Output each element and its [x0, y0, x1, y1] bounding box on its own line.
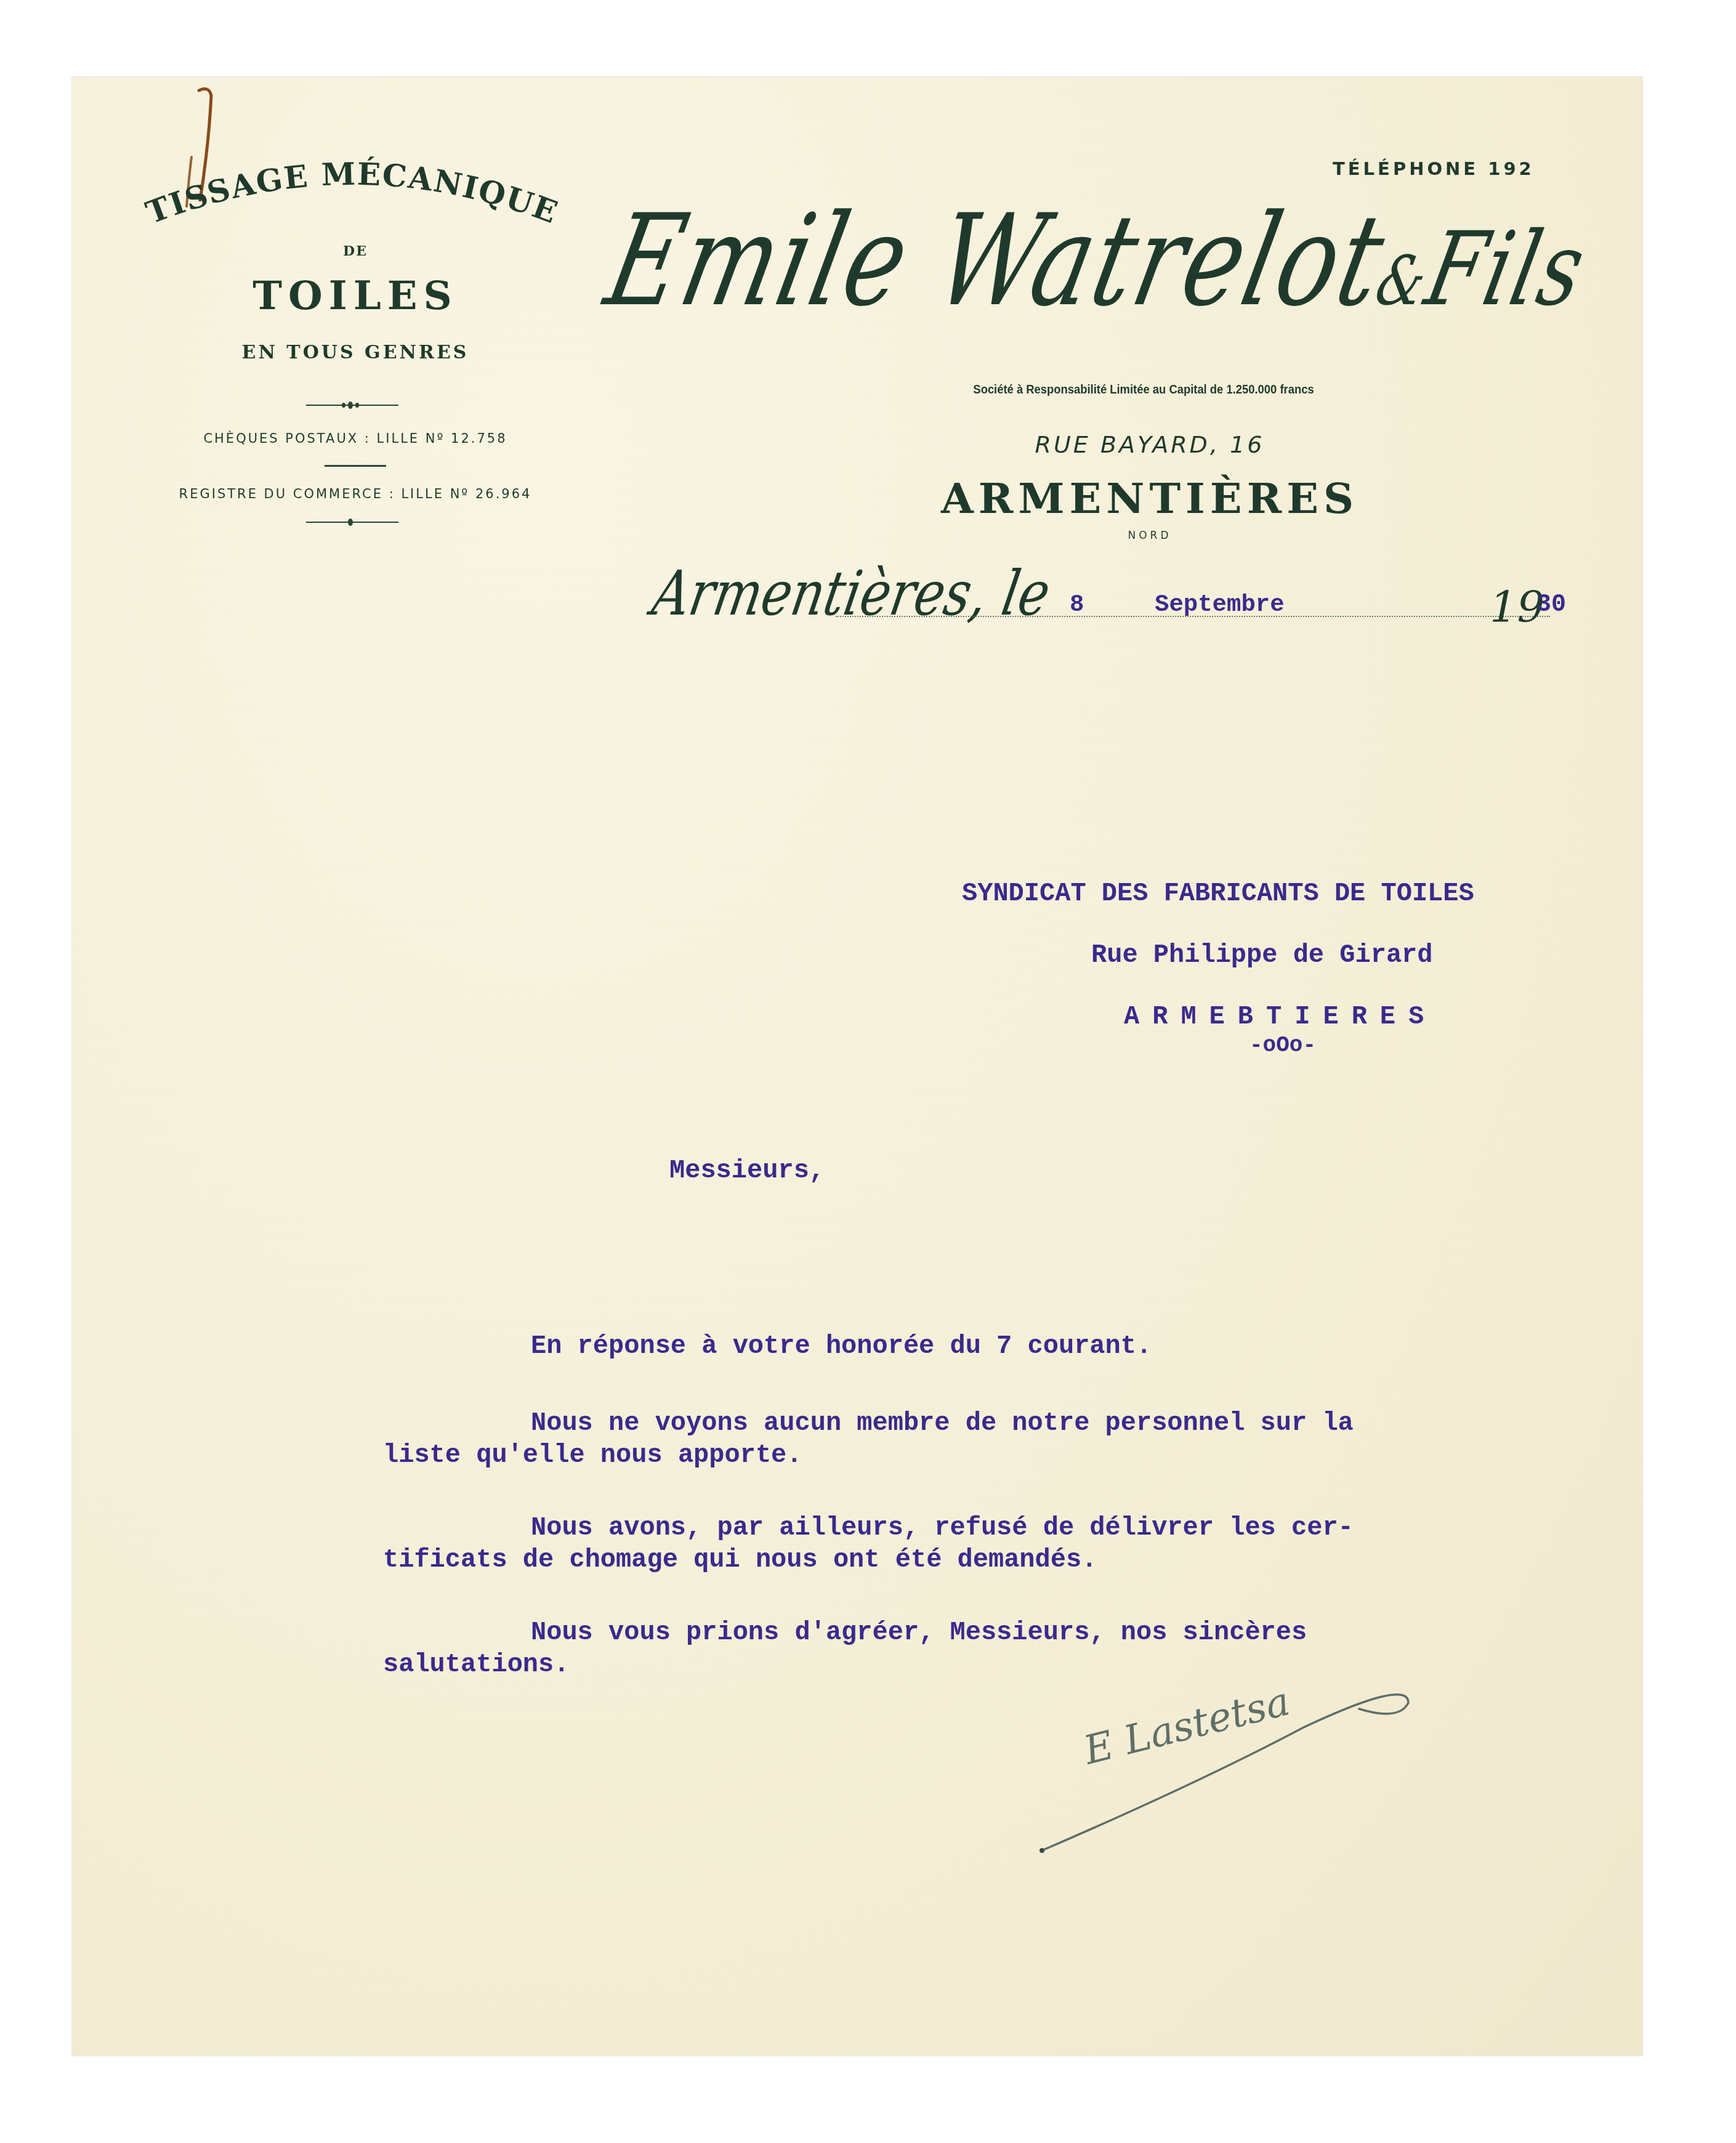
body-paragraph-1: En réponse à votre honorée du 7 courant. [531, 1333, 1152, 1359]
date-year-typed: 30 [1536, 591, 1566, 619]
legal-status-line: Société à Responsabilité Limitée au Capi… [826, 383, 1461, 397]
body-line: Nous avons, par ailleurs, refusé de déli… [383, 1512, 1354, 1544]
city-name: ARMENTIÈRES [811, 474, 1488, 523]
svg-text:E Lastetsa: E Lastetsa [1079, 1679, 1294, 1774]
addressee-ornament: -oOo- [1250, 1035, 1316, 1057]
addressee-city: ARMEBTIERES [1124, 1004, 1437, 1030]
date-month: Septembre [1155, 591, 1285, 618]
handwritten-signature: E Lastetsa [1014, 1653, 1568, 1887]
body-line: Nous vous prions d'agréer, Messieurs, no… [383, 1616, 1307, 1649]
addressee-organization: SYNDICAT DES FABRICANTS DE TOILES [962, 881, 1474, 906]
ornament-divider [306, 522, 398, 523]
ornament-divider [306, 405, 398, 406]
letter-paper: TISSAGE MÉCANIQUE DE TOILES EN TOUS GENR… [72, 77, 1642, 2056]
telephone-number: TÉLÉPHONE 192 [1333, 158, 1535, 179]
body-line: Nous ne voyons aucun membre de notre per… [383, 1407, 1354, 1439]
body-line: En réponse à votre honorée du 7 courant. [531, 1333, 1152, 1359]
letterhead-de: DE [72, 243, 639, 259]
letterhead-title-arc: TISSAGE MÉCANIQUE [115, 148, 589, 234]
letterhead-subtitle: EN TOUS GENRES [72, 342, 639, 363]
street-address: RUE BAYARD, 16 [873, 431, 1427, 458]
svg-text:TISSAGE MÉCANIQUE: TISSAGE MÉCANIQUE [141, 156, 563, 231]
cheques-postaux: CHÈQUES POSTAUX : LILLE Nº 12.758 [72, 431, 639, 446]
date-day: 8 [1070, 591, 1084, 618]
body-line: liste qu'elle nous apporte. [383, 1439, 1354, 1471]
body-paragraph-2: Nous ne voyons aucun membre de notre per… [383, 1407, 1354, 1471]
registre-commerce: REGISTRE DU COMMERCE : LILLE Nº 26.964 [72, 486, 639, 501]
body-paragraph-3: Nous avons, par ailleurs, refusé de déli… [383, 1512, 1354, 1576]
company-name-main: Emile Watrelot [595, 188, 1397, 334]
company-name: Emile Watrelot&Fils [595, 188, 1601, 334]
body-line: tificats de chomage qui nous ont été dem… [383, 1544, 1354, 1576]
letterhead-product: TOILES [72, 273, 639, 319]
addressee-street: Rue Philippe de Girard [1091, 942, 1433, 968]
salutation: Messieurs, [669, 1158, 825, 1184]
date-printed-prefix: Armentières, le [647, 557, 1056, 629]
divider-line [325, 465, 386, 467]
region-name: NORD [996, 530, 1304, 542]
company-fils: Fils [1417, 210, 1596, 328]
